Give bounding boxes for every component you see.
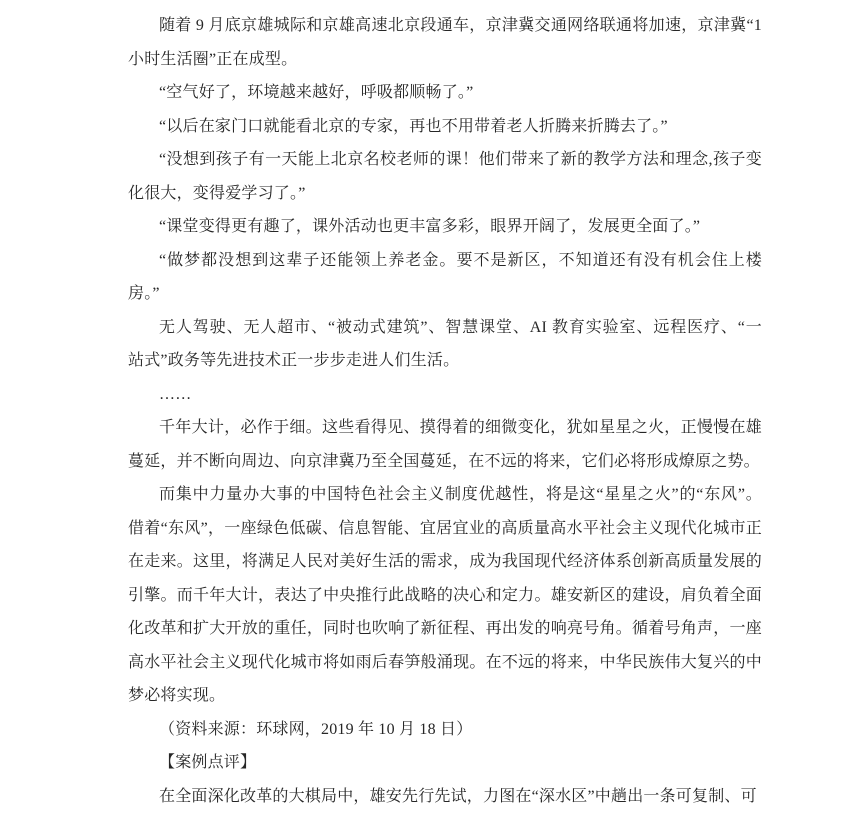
text-line: 无人驾驶、无人超市、“被动式建筑”、智慧课堂、AI 教育实验室、远程医疗、“一 [128,311,762,345]
text-line: 随着 9 月底京雄城际和京雄高速北京段通车，京津冀交通网络联通将加速，京津冀“1 [128,9,762,43]
text-line: 蔓延，并不断向周边、向京津冀乃至全国蔓延，在不远的将来，它们必将形成燎原之势。 [128,445,762,479]
source-line: （资料来源：环球网，2019 年 10 月 18 日） [128,713,762,747]
text-line: 在全面深化改革的大棋局中，雄安先行先试，力图在“深水区”中趟出一条可复制、可 [128,780,762,814]
text-line: “课堂变得更有趣了，课外活动也更丰富多彩，眼界开阔了，发展更全面了。” [128,210,762,244]
text-line: “没想到孩子有一天能上北京名校老师的课！他们带来了新的教学方法和理念,孩子变 [128,143,762,177]
section-heading: 【案例点评】 [128,746,762,780]
text-line: 借着“东风”，一座绿色低碳、信息智能、宜居宜业的高质量高水平社会主义现代化城市正 [128,512,762,546]
text-line: 在走来。这里，将满足人民对美好生活的需求，成为我国现代经济体系创新高质量发展的新 [128,545,762,579]
document-viewport: 随着 9 月底京雄城际和京雄高速北京段通车，京津冀交通网络联通将加速，京津冀“1… [0,0,842,826]
text-line: 引擎。而千年大计，表达了中央推行此战略的决心和定力。雄安新区的建设，肩负着全面深 [128,579,762,613]
text-line: 小时生活圈”正在成型。 [128,43,762,77]
text-line: 站式”政务等先进技术正一步步走进人们生活。 [128,344,762,378]
ellipsis-line: …… [128,378,762,412]
text-line: “做梦都没想到这辈子还能领上养老金。要不是新区，不知道还有没有机会住上楼 [128,244,762,278]
text-line: 化改革和扩大开放的重任，同时也吹响了新征程、再出发的响亮号角。循着号角声，一座座 [128,612,762,646]
text-line: 而集中力量办大事的中国特色社会主义制度优越性，将是这“星星之火”的“东风”。 [128,478,762,512]
text-line: “空气好了，环境越来越好，呼吸都顺畅了。” [128,76,762,110]
text-line: 房。” [128,277,762,311]
text-line: 千年大计，必作于细。这些看得见、摸得着的细微变化，犹如星星之火，正慢慢在雄安 [128,411,762,445]
text-line: 梦必将实现。 [128,679,762,713]
text-line: 化很大，变得爱学习了。” [128,177,762,211]
document-page: 随着 9 月底京雄城际和京雄高速北京段通车，京津冀交通网络联通将加速，京津冀“1… [0,0,842,826]
text-line: “以后在家门口就能看北京的专家，再也不用带着老人折腾来折腾去了。” [128,110,762,144]
text-line: 高水平社会主义现代化城市将如雨后春笋般涌现。在不远的将来，中华民族伟大复兴的中国 [128,646,762,680]
